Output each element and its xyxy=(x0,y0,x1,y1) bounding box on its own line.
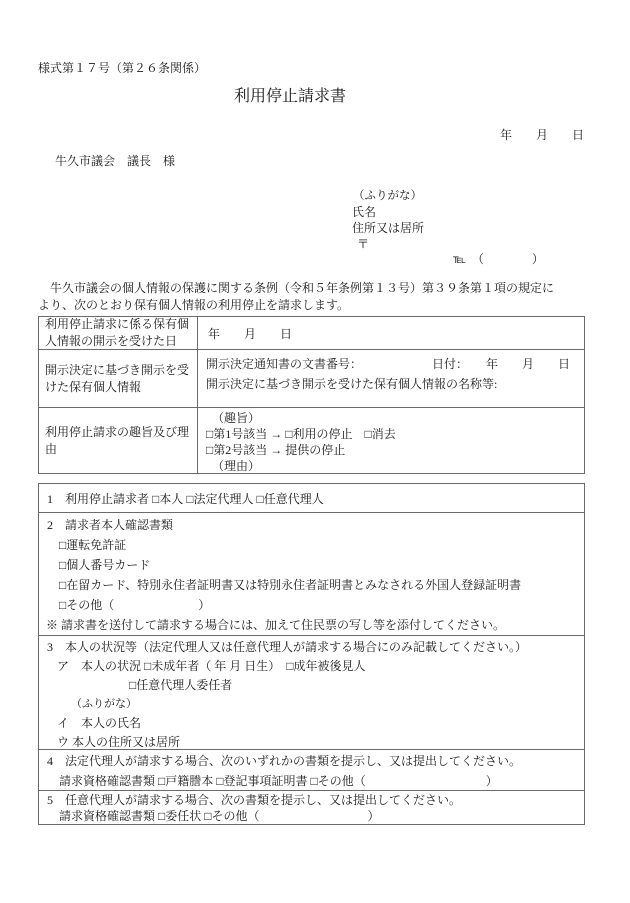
intro-line: 牛久市議会の個人情報の保護に関する条例（令和５年条例第１３号）第３９条第１項の規… xyxy=(38,280,590,297)
table-row-disclosure-date: 利用停止請求に係る保有個人情報の開示を受けた日 年 月 日 xyxy=(39,317,584,349)
checkbox-line-requester-type: 1 利用停止請求者 □本人 □法定代理人 □任意代理人 xyxy=(39,490,324,507)
row-label: 利用停止請求に係る保有個人情報の開示を受けた日 xyxy=(39,317,198,349)
checkbox-drivers-license: □運転免許証 xyxy=(39,535,584,555)
section-heading: 5 任意代理人が請求する場合、次の書類を提示し、又は提出してください。 xyxy=(39,792,584,808)
checkbox-residence-card: □在留カード、特別永住者証明書又は特別永住者証明書とみなされる外国人登録証明書 xyxy=(39,575,584,595)
document-page: 様式第１７号（第２６条関係） 利用停止請求書 年 月 日 牛久市議会 議長 様 … xyxy=(0,0,630,903)
section-3-principal-status: 3 本人の状況等（法定代理人又は任意代理人が請求する場合にのみ記載してください。… xyxy=(39,635,584,749)
row-label: 開示決定に基づき開示を受けた保有個人情報 xyxy=(39,350,198,407)
disclosure-date-value: 年 月 日 xyxy=(198,317,584,349)
section-heading: 2 請求者本人確認書類 xyxy=(39,515,584,535)
intro-line: より、次のとおり保有個人情報の利用停止を請求します。 xyxy=(38,297,590,314)
furigana-label: （ふりがな） xyxy=(39,695,584,714)
checkbox-line-legal-agent-documents: 請求資格確認書類 □戸籍謄本 □登記事項証明書 □その他（ ） xyxy=(39,771,584,791)
reason-heading: （理由） xyxy=(206,458,578,474)
section-4-legal-agent: 4 法定代理人が請求する場合、次のいずれかの書類を提示し、又は提出してください。… xyxy=(39,749,584,790)
checkbox-line-voluntary-agent-documents: 請求資格確認書類 □委任状 □その他（ ） xyxy=(39,808,584,824)
addressee: 牛久市議会 議長 様 xyxy=(55,152,175,169)
checkbox-line-principal-status: ア 本人の状況 □未成年者（ 年 月 日生） □成年被後見人 xyxy=(39,657,584,676)
doc-number-line: 開示決定通知書の文書番号： 日付： 年 月 日 xyxy=(206,354,578,374)
address-label: 住所又は居所 xyxy=(352,219,424,236)
date-field: 年 月 日 xyxy=(500,126,584,143)
name-label: 氏名 xyxy=(352,203,376,220)
checkbox-line-item1: □第1号該当 → □利用の停止 □消去 xyxy=(206,426,578,442)
doc-date-label: 日付： 年 月 日 xyxy=(432,354,570,374)
checkbox-other-document: □その他（ ） xyxy=(39,595,584,615)
table-row-disclosed-info: 開示決定に基づき開示を受けた保有個人情報 開示決定通知書の文書番号： 日付： 年… xyxy=(39,349,584,407)
intro-paragraph: 牛久市議会の個人情報の保護に関する条例（令和５年条例第１３号）第３９条第１項の規… xyxy=(38,280,590,314)
checkbox-voluntary-agent-delegator: □任意代理人委任者 xyxy=(39,676,584,695)
checkbox-line-item2: □第2号該当 → 提供の停止 xyxy=(206,442,578,458)
request-details-table: 利用停止請求に係る保有個人情報の開示を受けた日 年 月 日 開示決定に基づき開示… xyxy=(38,316,585,474)
section-heading: 4 法定代理人が請求する場合、次のいずれかの書類を提示し、又は提出してください。 xyxy=(39,751,584,771)
principal-name-label: イ 本人の氏名 xyxy=(39,714,584,733)
tel-field: ℡ （ ） xyxy=(453,250,544,267)
checkbox-my-number-card: □個人番号カード xyxy=(39,555,584,575)
table-row-purpose-reason: 利用停止請求の趣旨及び理由 （趣旨） □第1号該当 → □利用の停止 □消去 □… xyxy=(39,407,584,473)
furigana-label: （ふりがな） xyxy=(353,187,422,203)
section-5-voluntary-agent: 5 任意代理人が請求する場合、次の書類を提示し、又は提出してください。 請求資格… xyxy=(39,790,584,824)
requester-details-table: 1 利用停止請求者 □本人 □法定代理人 □任意代理人 2 請求者本人確認書類 … xyxy=(38,483,585,825)
section-2-identity-documents: 2 請求者本人確認書類 □運転免許証 □個人番号カード □在留カード、特別永住者… xyxy=(39,512,584,635)
section-1-requester: 1 利用停止請求者 □本人 □法定代理人 □任意代理人 xyxy=(39,484,584,512)
purpose-heading: （趣旨） xyxy=(206,410,578,426)
doc-number-label: 開示決定通知書の文書番号： xyxy=(206,354,362,374)
disclosed-info-cell: 開示決定通知書の文書番号： 日付： 年 月 日 開示決定に基づき開示を受けた保有… xyxy=(198,350,584,407)
info-name-label: 開示決定に基づき開示を受けた保有個人情報の名称等: xyxy=(206,374,578,394)
purpose-reason-cell: （趣旨） □第1号該当 → □利用の停止 □消去 □第2号該当 → 提供の停止 … xyxy=(198,408,584,473)
mailing-note: ※ 請求書を送付して請求する場合には、加えて住民票の写し等を添付してください。 xyxy=(39,615,584,635)
page-title: 利用停止請求書 xyxy=(0,83,580,106)
row-label: 利用停止請求の趣旨及び理由 xyxy=(39,408,198,473)
form-number: 様式第１７号（第２６条関係） xyxy=(38,59,206,76)
postal-mark-icon: 〒 xyxy=(357,235,369,252)
section-heading: 3 本人の状況等（法定代理人又は任意代理人が請求する場合にのみ記載してください。… xyxy=(39,638,584,657)
